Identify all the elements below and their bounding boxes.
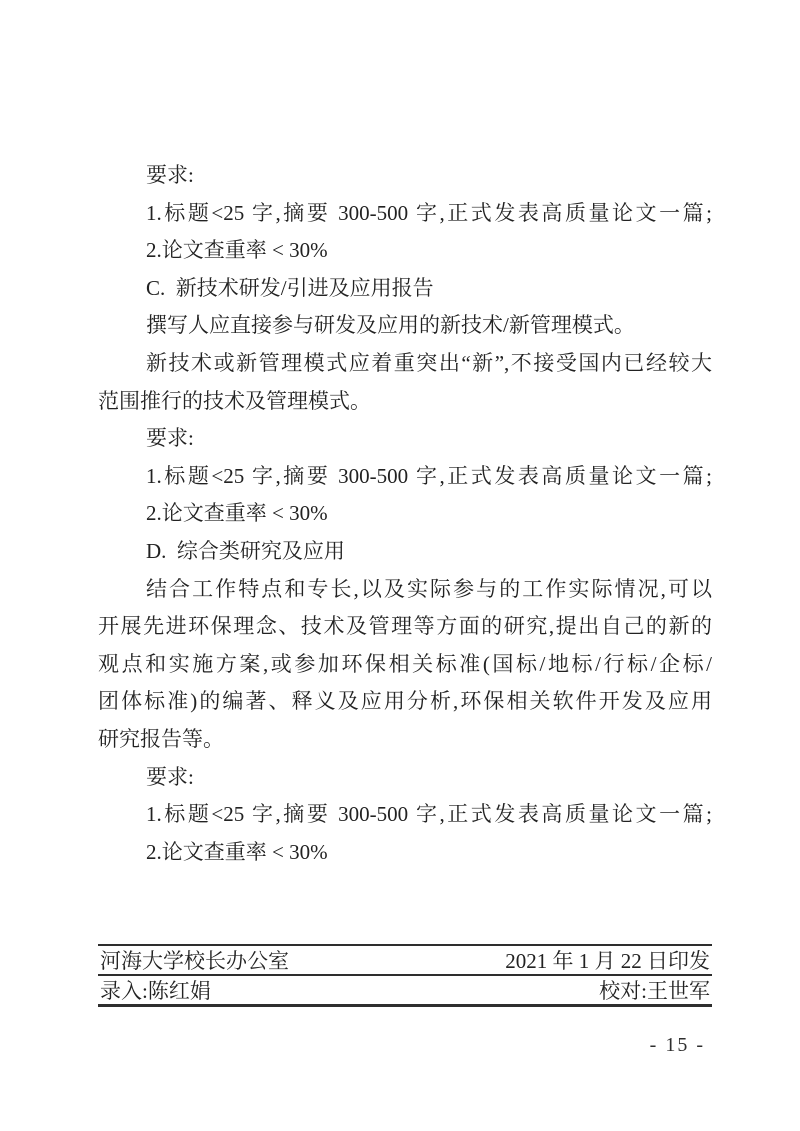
text-line: 1.标题<25 字,摘要 300-500 字,正式发表高质量论文一篇; — [98, 796, 712, 834]
text-line: 2.论文查重率 < 30% — [98, 495, 712, 533]
page-number: - 15 - — [650, 1034, 705, 1057]
text-line: 开展先进环保理念、技术及管理等方面的研究,提出自己的新的 — [98, 608, 712, 646]
print-date: 2021 年 1 月 22 日印发 — [505, 945, 710, 975]
colophon-row-staff: 录入:陈红娟 校对:王世军 — [98, 976, 712, 1007]
typist: 录入:陈红娟 — [100, 975, 211, 1005]
text-line: 要求: — [98, 157, 712, 195]
text-line: 结合工作特点和专长,以及实际参与的工作实际情况,可以 — [98, 571, 712, 609]
text-line: D. 综合类研究及应用 — [98, 533, 712, 571]
text-line: 研究报告等。 — [98, 721, 712, 759]
document-body: 要求:1.标题<25 字,摘要 300-500 字,正式发表高质量论文一篇;2.… — [98, 157, 712, 871]
proofreader: 校对:王世军 — [599, 975, 710, 1005]
text-line: 范围推行的技术及管理模式。 — [98, 383, 712, 421]
text-line: 2.论文查重率 < 30% — [98, 834, 712, 872]
text-line: 撰写人应直接参与研发及应用的新技术/新管理模式。 — [98, 307, 712, 345]
text-line: C. 新技术研发/引进及应用报告 — [98, 270, 712, 308]
issuing-office: 河海大学校长办公室 — [100, 945, 289, 975]
text-line: 1.标题<25 字,摘要 300-500 字,正式发表高质量论文一篇; — [98, 195, 712, 233]
text-line: 要求: — [98, 759, 712, 797]
text-line: 1.标题<25 字,摘要 300-500 字,正式发表高质量论文一篇; — [98, 458, 712, 496]
text-line: 新技术或新管理模式应着重突出“新”,不接受国内已经较大 — [98, 345, 712, 383]
text-line: 观点和实施方案,或参加环保相关标准(国标/地标/行标/企标/ — [98, 646, 712, 684]
colophon-row-issuer: 河海大学校长办公室 2021 年 1 月 22 日印发 — [98, 946, 712, 976]
document-page: 要求:1.标题<25 字,摘要 300-500 字,正式发表高质量论文一篇;2.… — [0, 0, 800, 1131]
text-line: 2.论文查重率 < 30% — [98, 232, 712, 270]
text-line: 团体标准)的编著、释义及应用分析,环保相关软件开发及应用 — [98, 683, 712, 721]
text-line: 要求: — [98, 420, 712, 458]
colophon: 河海大学校长办公室 2021 年 1 月 22 日印发 录入:陈红娟 校对:王世… — [98, 944, 712, 1007]
